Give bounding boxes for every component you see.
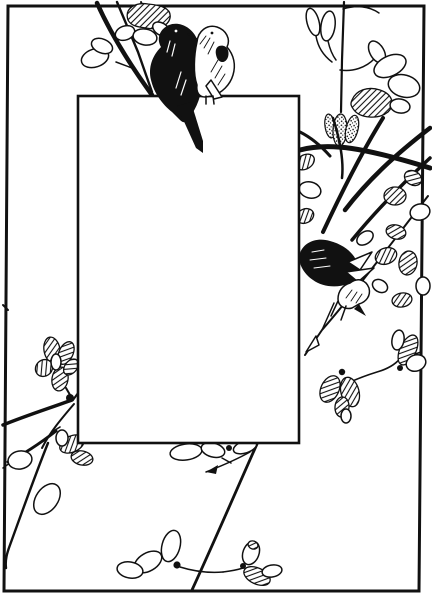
catkins xyxy=(323,113,361,146)
center-label-panel xyxy=(78,96,299,443)
illustration-stage xyxy=(0,0,432,600)
magnolia-buds xyxy=(304,7,337,42)
bird-bookplate-illustration xyxy=(0,0,432,600)
top-left-bud-leaf xyxy=(79,35,115,70)
right-thicket-leaves xyxy=(293,151,432,248)
hanging-leaf-trio xyxy=(316,369,363,423)
top-right-blossom xyxy=(351,38,422,117)
right-bird xyxy=(299,240,374,352)
bottom-bud-cluster-right xyxy=(223,539,283,589)
